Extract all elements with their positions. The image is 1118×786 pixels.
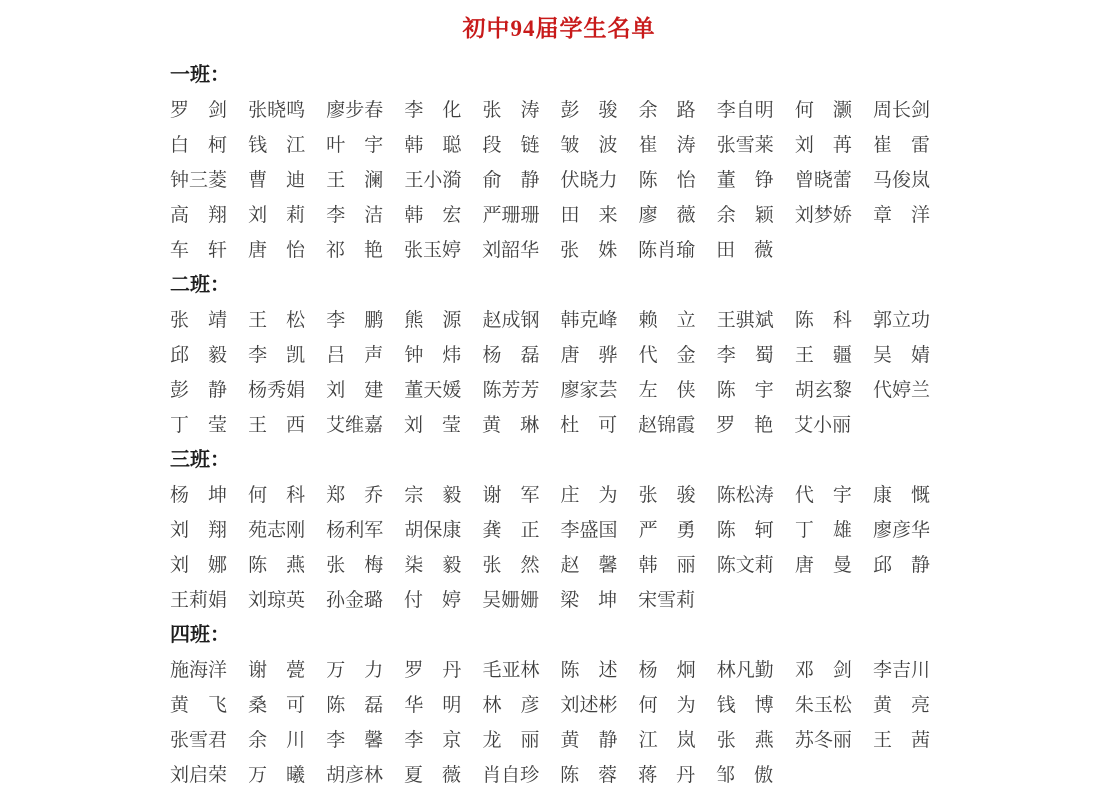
name-row: 杨 坤何 科郑 乔宗 毅谢 军庄 为张 骏陈松涛代 宇康 慨 [170,478,930,513]
student-name: 刘 苒 [795,128,852,163]
student-name: 张 燕 [717,723,774,758]
student-name: 韩 丽 [639,548,696,583]
student-name: 何 科 [248,478,305,513]
student-name: 张 骏 [639,478,696,513]
name-row: 邱 毅李 凯吕 声钟 炜杨 磊唐 骅代 金李 蜀王 疆吴 婧 [170,338,930,373]
student-name: 刘 莉 [248,198,305,233]
student-name: 郑 乔 [326,478,383,513]
student-name: 马俊岚 [873,163,930,198]
name-row: 黄 飞桑 可陈 磊华 明林 彦刘述彬何 为钱 博朱玉松黄 亮 [170,688,930,723]
student-name: 叶 宇 [326,128,383,163]
student-name: 李 鹏 [326,303,383,338]
student-name: 邹 傲 [716,758,773,786]
student-name: 宗 毅 [404,478,461,513]
student-name: 陈 宇 [717,373,774,408]
student-name: 杜 可 [560,408,617,443]
name-row: 高 翔刘 莉李 洁韩 宏严珊珊田 来廖 薇余 颖刘梦娇章 洋 [170,198,930,233]
student-name: 谢 军 [482,478,539,513]
student-name: 皱 波 [561,128,618,163]
student-name: 唐 骅 [561,338,618,373]
student-name: 艾小丽 [794,408,851,443]
student-name: 韩 聪 [404,128,461,163]
student-name: 陈 怡 [639,163,696,198]
student-name: 严 勇 [639,513,696,548]
student-name: 龙 丽 [482,723,539,758]
student-name: 李吉川 [873,653,930,688]
student-name: 祁 艳 [326,233,383,268]
class-section: 三班：杨 坤何 科郑 乔宗 毅谢 军庄 为张 骏陈松涛代 宇康 慨刘 翔苑志刚杨… [170,443,930,618]
name-row: 王莉娟刘琼英孙金璐付 婷吴姗姗梁 坤宋雪莉 [170,583,930,618]
class-label: 四班： [170,618,930,653]
student-name: 胡彦林 [326,758,383,786]
student-name: 陈 蓉 [560,758,617,786]
student-name: 万 曦 [248,758,305,786]
student-name: 施海洋 [170,653,227,688]
student-name: 罗 艳 [716,408,773,443]
student-name: 田 薇 [716,233,773,268]
name-row: 刘 娜陈 燕张 梅柒 毅张 然赵 馨韩 丽陈文莉唐 曼邱 静 [170,548,930,583]
student-name: 龚 正 [482,513,539,548]
student-name: 刘启荣 [170,758,227,786]
student-name: 彭 静 [170,373,227,408]
student-name: 刘 建 [326,373,383,408]
student-name: 胡玄黎 [795,373,852,408]
student-name: 韩 宏 [404,198,461,233]
student-name: 赵 馨 [561,548,618,583]
student-name: 李自明 [717,93,774,128]
student-name: 陈 述 [561,653,618,688]
class-label: 二班： [170,268,930,303]
student-name: 蒋 丹 [638,758,695,786]
student-name: 刘韶华 [482,233,539,268]
student-name: 钱 博 [717,688,774,723]
student-name: 董天媛 [404,373,461,408]
student-name: 王莉娟 [170,583,227,618]
student-name: 罗 丹 [404,653,461,688]
student-name: 桑 可 [248,688,305,723]
student-name: 江 岚 [639,723,696,758]
student-name: 段 链 [482,128,539,163]
student-name: 苑志刚 [248,513,305,548]
student-name: 杨秀娟 [248,373,305,408]
student-list-document: 初中94届学生名单 一班：罗 剑张晓鸣廖步春李 化张 涛彭 骏余 路李自明何 灏… [0,0,1118,786]
student-name: 黄 飞 [170,688,227,723]
student-name: 邓 剑 [795,653,852,688]
student-name: 余 川 [248,723,305,758]
student-name: 王 疆 [795,338,852,373]
student-name: 肖自珍 [482,758,539,786]
student-name: 陈 科 [795,303,852,338]
class-label: 三班： [170,443,930,478]
student-name: 苏冬丽 [795,723,852,758]
student-name: 李盛国 [561,513,618,548]
student-name: 谢 甍 [248,653,305,688]
student-name: 严珊珊 [482,198,539,233]
student-name: 章 洋 [873,198,930,233]
student-name: 钱 江 [248,128,305,163]
student-name: 丁 雄 [795,513,852,548]
student-name: 彭 骏 [561,93,618,128]
class-label: 一班： [170,58,930,93]
student-name: 杨利军 [326,513,383,548]
name-row: 丁 莹王 西艾维嘉刘 莹黄 琳杜 可赵锦霞罗 艳艾小丽 [170,408,930,443]
student-name: 胡保康 [404,513,461,548]
student-name: 俞 静 [482,163,539,198]
student-name: 刘琼英 [248,583,305,618]
student-name: 代 金 [639,338,696,373]
student-name: 王 澜 [326,163,383,198]
student-name: 杨 磊 [482,338,539,373]
name-row: 张雪君余 川李 馨李 京龙 丽黄 静江 岚张 燕苏冬丽王 茜 [170,723,930,758]
student-name: 朱玉松 [795,688,852,723]
student-name: 赵成钢 [482,303,539,338]
student-name: 黄 亮 [873,688,930,723]
student-name: 付 婷 [404,583,461,618]
student-name: 刘 翔 [170,513,227,548]
student-name: 林凡勤 [717,653,774,688]
student-name: 唐 怡 [248,233,305,268]
student-name: 余 颖 [717,198,774,233]
student-name: 柒 毅 [404,548,461,583]
student-name: 陈 磊 [326,688,383,723]
student-name: 黄 静 [561,723,618,758]
student-name: 白 柯 [170,128,227,163]
student-name: 伏晓力 [561,163,618,198]
student-name: 林 彦 [482,688,539,723]
student-name: 崔 雷 [873,128,930,163]
student-name: 高 翔 [170,198,227,233]
student-name: 张 靖 [170,303,227,338]
student-name: 廖 薇 [639,198,696,233]
name-row: 钟三菱曹 迪王 澜王小漪俞 静伏晓力陈 怡董 铮曾晓蕾马俊岚 [170,163,930,198]
student-name: 张雪莱 [717,128,774,163]
student-name: 王 松 [248,303,305,338]
student-name: 董 铮 [717,163,774,198]
name-row: 张 靖王 松李 鹏熊 源赵成钢韩克峰赖 立王骐斌陈 科郭立功 [170,303,930,338]
name-row: 刘启荣万 曦胡彦林夏 薇肖自珍陈 蓉蒋 丹邹 傲 [170,758,930,786]
name-row: 车 轩唐 怡祁 艳张玉婷刘韶华张 姝陈肖瑜田 薇 [170,233,930,268]
student-name: 刘 莹 [404,408,461,443]
student-name: 梁 坤 [560,583,617,618]
class-section: 四班：施海洋谢 甍万 力罗 丹毛亚林陈 述杨 炯林凡勤邓 剑李吉川黄 飞桑 可陈… [170,618,930,786]
student-name: 王 西 [248,408,305,443]
student-name: 代 宇 [795,478,852,513]
student-name: 陈文莉 [717,548,774,583]
name-row: 罗 剑张晓鸣廖步春李 化张 涛彭 骏余 路李自明何 灏周长剑 [170,93,930,128]
page-title: 初中94届学生名单 [0,0,1118,50]
student-name: 李 京 [404,723,461,758]
student-name: 廖家芸 [561,373,618,408]
student-name: 陈 燕 [248,548,305,583]
student-name: 张 梅 [326,548,383,583]
student-name: 陈 轲 [717,513,774,548]
student-name: 李 凯 [248,338,305,373]
student-name: 车 轩 [170,233,227,268]
student-name: 吴 婧 [873,338,930,373]
student-name: 赵锦霞 [638,408,695,443]
student-name: 熊 源 [404,303,461,338]
student-name: 黄 琳 [482,408,539,443]
student-name: 邱 毅 [170,338,227,373]
student-name: 夏 薇 [404,758,461,786]
student-name: 何 灏 [795,93,852,128]
student-name: 庄 为 [561,478,618,513]
student-name: 陈松涛 [717,478,774,513]
student-name: 左 侠 [639,373,696,408]
name-row: 刘 翔苑志刚杨利军胡保康龚 正李盛国严 勇陈 轲丁 雄廖彦华 [170,513,930,548]
student-name: 曹 迪 [248,163,305,198]
student-name: 华 明 [404,688,461,723]
class-section: 一班：罗 剑张晓鸣廖步春李 化张 涛彭 骏余 路李自明何 灏周长剑白 柯钱 江叶… [170,58,930,268]
student-name: 孙金璐 [326,583,383,618]
student-name: 田 来 [561,198,618,233]
student-name: 吕 声 [326,338,383,373]
student-name: 张雪君 [170,723,227,758]
student-name: 韩克峰 [561,303,618,338]
class-section: 二班：张 靖王 松李 鹏熊 源赵成钢韩克峰赖 立王骐斌陈 科郭立功邱 毅李 凯吕… [170,268,930,443]
student-name: 万 力 [326,653,383,688]
student-name: 崔 涛 [639,128,696,163]
student-name: 丁 莹 [170,408,227,443]
student-name: 张 然 [482,548,539,583]
student-name: 赖 立 [639,303,696,338]
student-name: 余 路 [639,93,696,128]
student-name: 唐 曼 [795,548,852,583]
student-name: 代婷兰 [873,373,930,408]
student-name: 杨 坤 [170,478,227,513]
student-name: 周长剑 [873,93,930,128]
student-name: 钟三菱 [170,163,227,198]
student-name: 刘述彬 [561,688,618,723]
student-name: 曾晓蕾 [795,163,852,198]
student-name: 钟 炜 [404,338,461,373]
name-row: 白 柯钱 江叶 宇韩 聪段 链皱 波崔 涛张雪莱刘 苒崔 雷 [170,128,930,163]
student-name: 毛亚林 [482,653,539,688]
student-name: 陈肖瑜 [638,233,695,268]
student-name: 张玉婷 [404,233,461,268]
student-name: 吴姗姗 [482,583,539,618]
student-name: 康 慨 [873,478,930,513]
student-name: 宋雪莉 [638,583,695,618]
name-row: 施海洋谢 甍万 力罗 丹毛亚林陈 述杨 炯林凡勤邓 剑李吉川 [170,653,930,688]
student-name: 刘 娜 [170,548,227,583]
student-name: 何 为 [639,688,696,723]
student-name: 罗 剑 [170,93,227,128]
student-name: 张 姝 [560,233,617,268]
student-name: 杨 炯 [639,653,696,688]
student-name: 李 蜀 [717,338,774,373]
student-name: 王骐斌 [717,303,774,338]
student-name: 艾维嘉 [326,408,383,443]
student-name: 廖步春 [326,93,383,128]
student-name: 张晓鸣 [248,93,305,128]
class-sections: 一班：罗 剑张晓鸣廖步春李 化张 涛彭 骏余 路李自明何 灏周长剑白 柯钱 江叶… [170,58,930,786]
student-name: 李 化 [404,93,461,128]
student-name: 廖彦华 [873,513,930,548]
student-name: 李 馨 [326,723,383,758]
student-name: 邱 静 [873,548,930,583]
student-name: 刘梦娇 [795,198,852,233]
student-name: 李 洁 [326,198,383,233]
student-name: 郭立功 [873,303,930,338]
name-row: 彭 静杨秀娟刘 建董天媛陈芳芳廖家芸左 侠陈 宇胡玄黎代婷兰 [170,373,930,408]
student-name: 张 涛 [482,93,539,128]
student-name: 王 茜 [873,723,930,758]
student-name: 王小漪 [404,163,461,198]
student-name: 陈芳芳 [482,373,539,408]
